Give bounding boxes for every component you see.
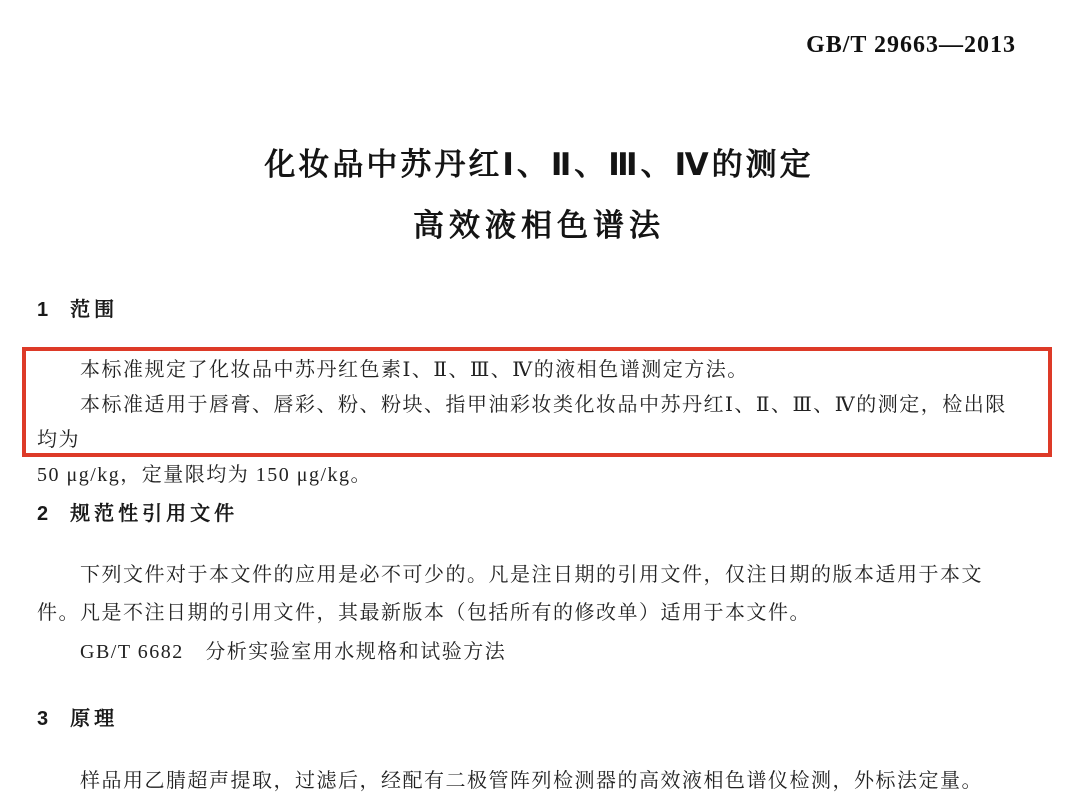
scope-paragraphs: 本标准规定了化妆品中苏丹红色素Ⅰ、Ⅱ、Ⅲ、Ⅳ的液相色谱测定方法。 本标准适用于唇… <box>37 353 1023 493</box>
scope-paragraph-2-line-1: 本标准适用于唇膏、唇彩、粉、粉块、指甲油彩妆类化妆品中苏丹红Ⅰ、Ⅱ、Ⅲ、Ⅳ的测定… <box>37 388 1023 458</box>
section-1-heading: 1范围 <box>37 293 118 322</box>
scope-paragraph-2-line-2: 50 μg/kg，定量限均为 150 μg/kg。 <box>37 458 1023 493</box>
section-3-number: 3 <box>37 708 48 731</box>
reference-item: GB/T 6682 分析实验室用水规格和试验方法 <box>37 633 1023 671</box>
section-3-heading: 3原理 <box>37 702 118 731</box>
references-paragraph: 下列文件对于本文件的应用是必不可少的。凡是注日期的引用文件，仅注日期的版本适用于… <box>37 556 1023 632</box>
title-line-1: 化妆品中苏丹红Ⅰ、Ⅱ、Ⅲ、Ⅳ的测定 <box>0 139 1078 184</box>
section-3-title: 原理 <box>70 708 118 730</box>
references-paragraph-line-1: 下列文件对于本文件的应用是必不可少的。凡是注日期的引用文件，仅注日期的版本适用于… <box>37 556 1023 594</box>
section-1-number: 1 <box>37 299 48 322</box>
standard-number: GB/T 29663—2013 <box>806 32 1016 59</box>
principle-paragraph: 样品用乙腈超声提取，过滤后，经配有二极管阵列检测器的高效液相色谱仪检测，外标法定… <box>37 762 1023 800</box>
section-2-number: 2 <box>37 503 48 526</box>
section-1-title: 范围 <box>70 299 118 321</box>
scope-paragraph-1: 本标准规定了化妆品中苏丹红色素Ⅰ、Ⅱ、Ⅲ、Ⅳ的液相色谱测定方法。 <box>37 353 1023 388</box>
section-2-heading: 2规范性引用文件 <box>37 497 238 526</box>
document-page: GB/T 29663—2013 化妆品中苏丹红Ⅰ、Ⅱ、Ⅲ、Ⅳ的测定 高效液相色谱… <box>0 0 1078 807</box>
document-title: 化妆品中苏丹红Ⅰ、Ⅱ、Ⅲ、Ⅳ的测定 高效液相色谱法 <box>0 139 1078 245</box>
references-paragraph-line-2: 件。凡是不注日期的引用文件，其最新版本（包括所有的修改单）适用于本文件。 <box>37 594 1023 632</box>
section-2-title: 规范性引用文件 <box>70 503 238 525</box>
title-line-2: 高效液相色谱法 <box>0 200 1078 245</box>
